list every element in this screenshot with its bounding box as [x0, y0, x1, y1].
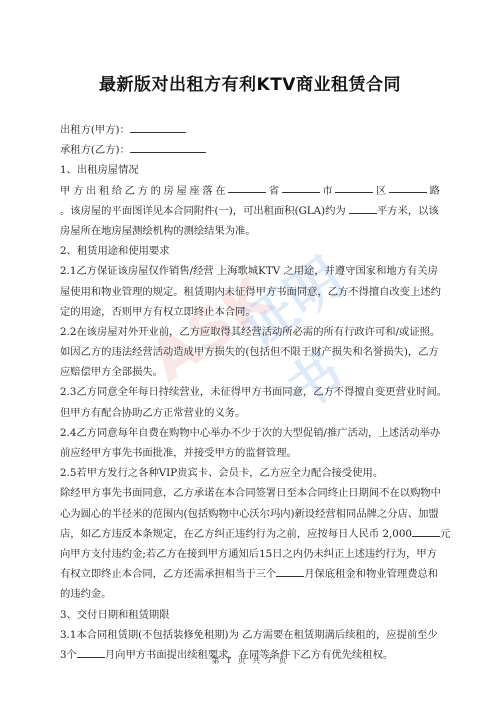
- province-blank[interactable]: [228, 181, 266, 193]
- section-1-line-2: 。该房屋的平面图详见本合同附件(一)，可出租面积(GLA)约为 平方米，以该: [60, 201, 440, 221]
- clause-2-1-line-1: 2.1乙方保证该房屋仅作销售/经营 上海歌城KTV 之用途，并遵守国家和地方有关…: [60, 261, 440, 281]
- non-compete-line-6: 的违约金。: [60, 584, 440, 604]
- section-1-heading: 1、出租房屋情况: [60, 160, 440, 180]
- non-compete-line-4: 向甲方支付违约金;若乙方在接到甲方通知后15日之内仍未纠正上述违约行为，甲方: [60, 544, 440, 564]
- non-compete-line-1: 除经甲方事先书面同意，乙方承诺在本合同签署日至本合同终止日期间不在以购物中: [60, 483, 440, 503]
- document-body: 出租方(甲方)： 承租方(乙方)： 1、出租房屋情况 甲方出租给乙方的房屋座落在…: [60, 120, 440, 665]
- clause-2-4-line-2: 前应经甲方事先书面批准，并接受甲方的监督管理。: [60, 443, 440, 463]
- months-blank[interactable]: [276, 565, 304, 577]
- clause-2-4-line-1: 2.4乙方同意每年自费在购物中心举办不少于次的大型促销/推广活动，上述活动举办: [60, 423, 440, 443]
- party-b-label: 承租方(乙方)：: [60, 144, 130, 156]
- page-footer: 第 1 页 共 7 页: [0, 655, 500, 666]
- city-blank[interactable]: [282, 181, 320, 193]
- clause-2-2-line-2: 如因乙方的违法经营活动造成甲方损失的(包括但不限于财产损失和名誉损失)，乙方: [60, 342, 440, 362]
- clause-2-1-line-2: 屋使用和物业管理的规定。租赁期内未征得甲方书面同意，乙方不得擅自改变上述约: [60, 282, 440, 302]
- district-blank[interactable]: [335, 181, 373, 193]
- clause-2-1-line-3: 定的用途，否则甲方有权立即终止本合同。: [60, 302, 440, 322]
- party-a-label: 出租方(甲方)：: [60, 124, 130, 136]
- party-b-line: 承租方(乙方)：: [60, 140, 440, 160]
- clause-2-2-line-3: 应赔偿甲方全部损失。: [60, 362, 440, 382]
- party-a-blank[interactable]: [130, 121, 186, 133]
- section-1-line-1: 甲方出租给乙方的房屋座落在 省 市 区 路: [60, 181, 440, 201]
- road-blank[interactable]: [389, 181, 427, 193]
- party-b-blank[interactable]: [130, 141, 206, 153]
- non-compete-line-5: 有权立即终止本合同，乙方还需承担相当于三个月保底租金和物业管理费总和: [60, 564, 440, 584]
- section-3-heading: 3、交付日期和租赁期限: [60, 605, 440, 625]
- clause-3-1-line-1: 3.1本合同租赁期(不包括装修免租期)为 乙方需要在租赁期满后续租的，应提前至少: [60, 625, 440, 645]
- party-a-line: 出租方(甲方)：: [60, 120, 440, 140]
- clause-2-3-line-2: 但甲方有配合协助乙方正常营业的义务。: [60, 403, 440, 423]
- clause-2-5-line-1: 2.5若甲方发行之各种VIP贵宾卡、会员卡，乙方应全力配合接受使用。: [60, 463, 440, 483]
- clause-2-2-line-1: 2.2在该房屋对外开业前，乙方应取得其经营活动所必需的所有行政许可和/或证照。: [60, 322, 440, 342]
- document-title: 最新版对出租方有利KTV商业租赁合同: [0, 70, 500, 95]
- area-blank[interactable]: [349, 202, 377, 214]
- section-2-heading: 2、租赁用途和使用要求: [60, 241, 440, 261]
- non-compete-line-3: 店，如乙方违反本条规定，在乙方纠正违约行为之前，应按每日人民币 2,000元: [60, 524, 440, 544]
- section-1-line-3: 房屋所在地房屋测绘机构的测绘结果为准。: [60, 221, 440, 241]
- penalty-blank[interactable]: [412, 525, 440, 537]
- non-compete-line-2: 心为圆心的半径米的范围内(包括购物中心沃尔玛内)新设经营相同品牌之分店、加盟: [60, 504, 440, 524]
- clause-2-3-line-1: 2.3乙方同意全年每日持续营业，未征得甲方书面同意，乙方不得擅自变更营业时间。: [60, 382, 440, 402]
